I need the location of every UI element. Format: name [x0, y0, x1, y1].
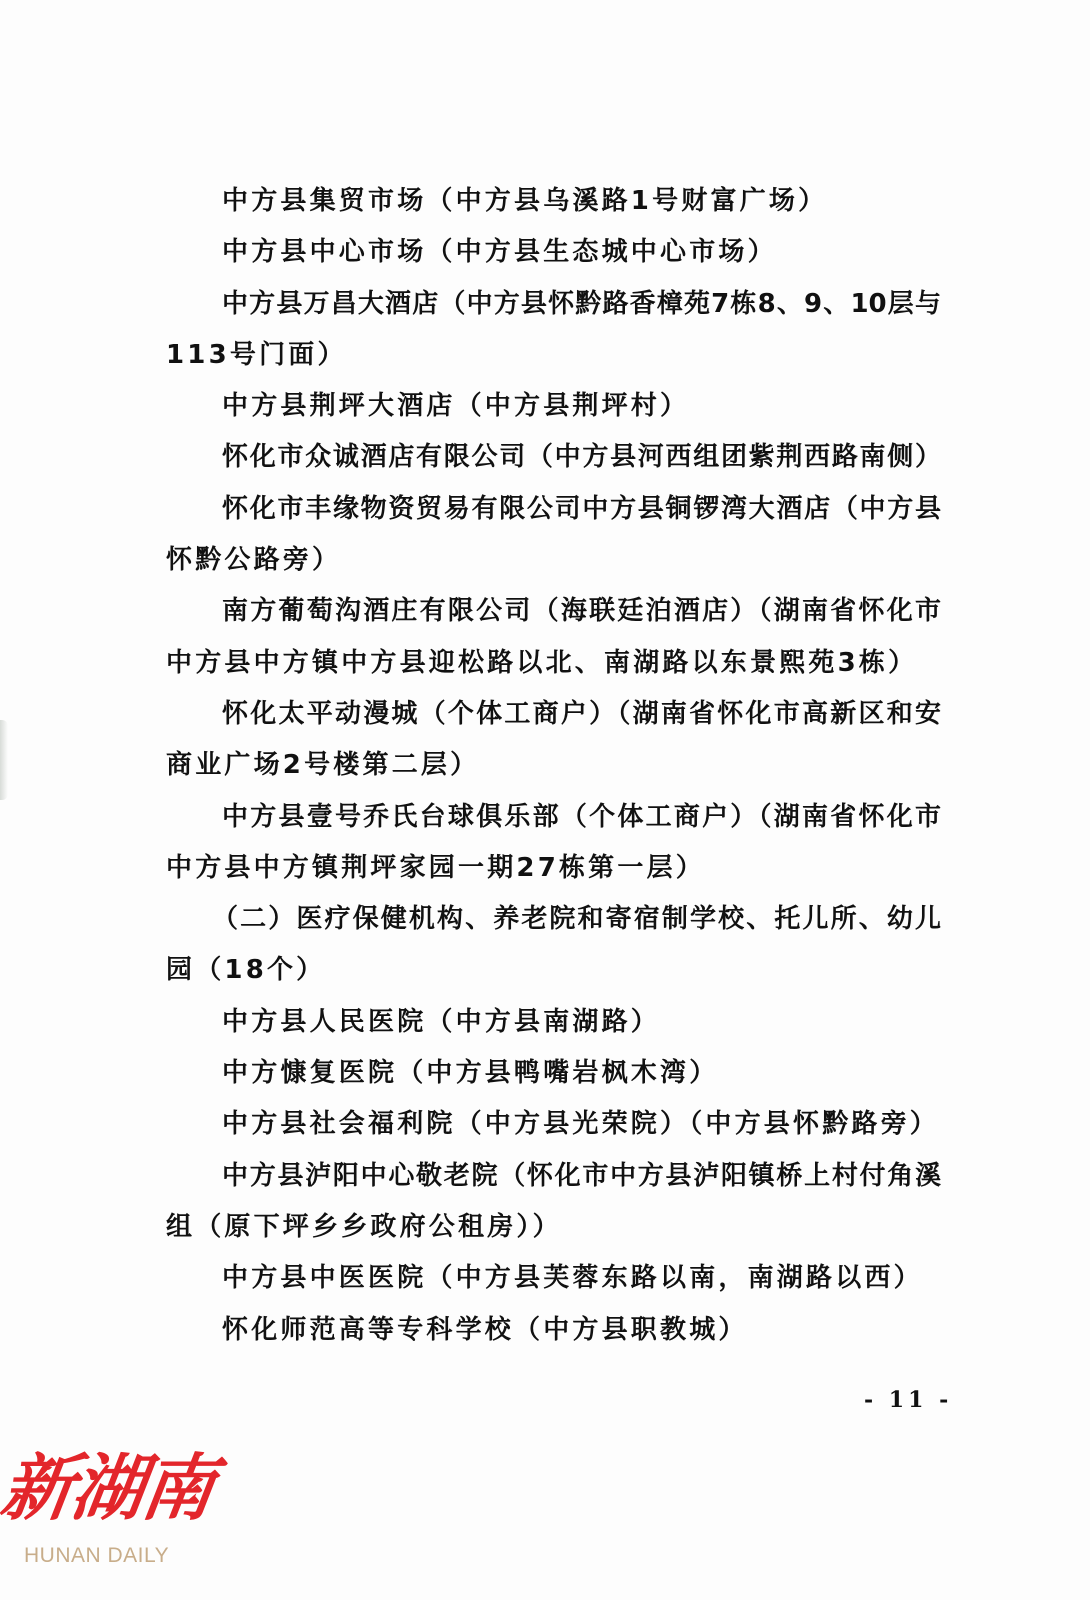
- text-line: 怀化太平动漫城（个体工商户）（湖南省怀化市高新区和安: [166, 689, 941, 740]
- text-line: 怀化市丰缘物资贸易有限公司中方县铜锣湾大酒店（中方县: [166, 484, 941, 535]
- text-line: 中方县中方镇中方县迎松路以北、南湖路以东景熙苑3栋）: [166, 638, 941, 689]
- logo-english-text: HUNAN DAILY: [24, 1544, 169, 1568]
- text-line: 中方县人民医院（中方县南湖路）: [166, 997, 941, 1048]
- page-number: - 11 -: [864, 1387, 952, 1413]
- section-heading-continued: 园（18个）: [166, 945, 941, 996]
- text-line: 怀化师范高等专科学校（中方县职教城）: [166, 1305, 941, 1356]
- section-heading: （二）医疗保健机构、养老院和寄宿制学校、托儿所、幼儿: [166, 894, 941, 945]
- hunan-daily-logo: 新湖南 HUNAN DAILY: [2, 1438, 222, 1598]
- scan-edge-shadow: [0, 720, 8, 800]
- text-line: 中方县泸阳中心敬老院（怀化市中方县泸阳镇桥上村付角溪: [166, 1151, 941, 1202]
- text-line: 南方葡萄沟酒庄有限公司（海联廷泊酒店）（湖南省怀化市: [166, 586, 941, 637]
- text-line: 中方县中心市场（中方县生态城中心市场）: [166, 227, 941, 278]
- logo-chinese-text: 新湖南: [0, 1438, 219, 1538]
- text-line: 中方县社会福利院（中方县光荣院）（中方县怀黔路旁）: [166, 1099, 941, 1150]
- text-line: 商业广场2号楼第二层）: [166, 740, 941, 791]
- text-line: 怀黔公路旁）: [166, 535, 941, 586]
- text-line: 中方县中方镇荆坪家园一期27栋第一层）: [166, 843, 941, 894]
- text-line: 中方慷复医院（中方县鸭嘴岩枫木湾）: [166, 1048, 941, 1099]
- text-line: 中方县中医医院（中方县芙蓉东路以南，南湖路以西）: [166, 1253, 941, 1304]
- text-line: 113号门面）: [166, 330, 941, 381]
- text-line: 组（原下坪乡乡政府公租房））: [166, 1202, 941, 1253]
- text-line: 中方县荆坪大酒店（中方县荆坪村）: [166, 381, 941, 432]
- text-line: 中方县壹号乔氏台球俱乐部（个体工商户）（湖南省怀化市: [166, 792, 941, 843]
- text-line: 中方县集贸市场（中方县乌溪路1号财富广场）: [166, 176, 941, 227]
- document-page: 中方县集贸市场（中方县乌溪路1号财富广场） 中方县中心市场（中方县生态城中心市场…: [0, 0, 1090, 1600]
- document-body: 中方县集贸市场（中方县乌溪路1号财富广场） 中方县中心市场（中方县生态城中心市场…: [166, 176, 941, 1356]
- text-line: 中方县万昌大酒店（中方县怀黔路香樟苑7栋8、9、10层与: [166, 279, 941, 330]
- text-line: 怀化市众诚酒店有限公司（中方县河西组团紫荆西路南侧）: [166, 432, 941, 483]
